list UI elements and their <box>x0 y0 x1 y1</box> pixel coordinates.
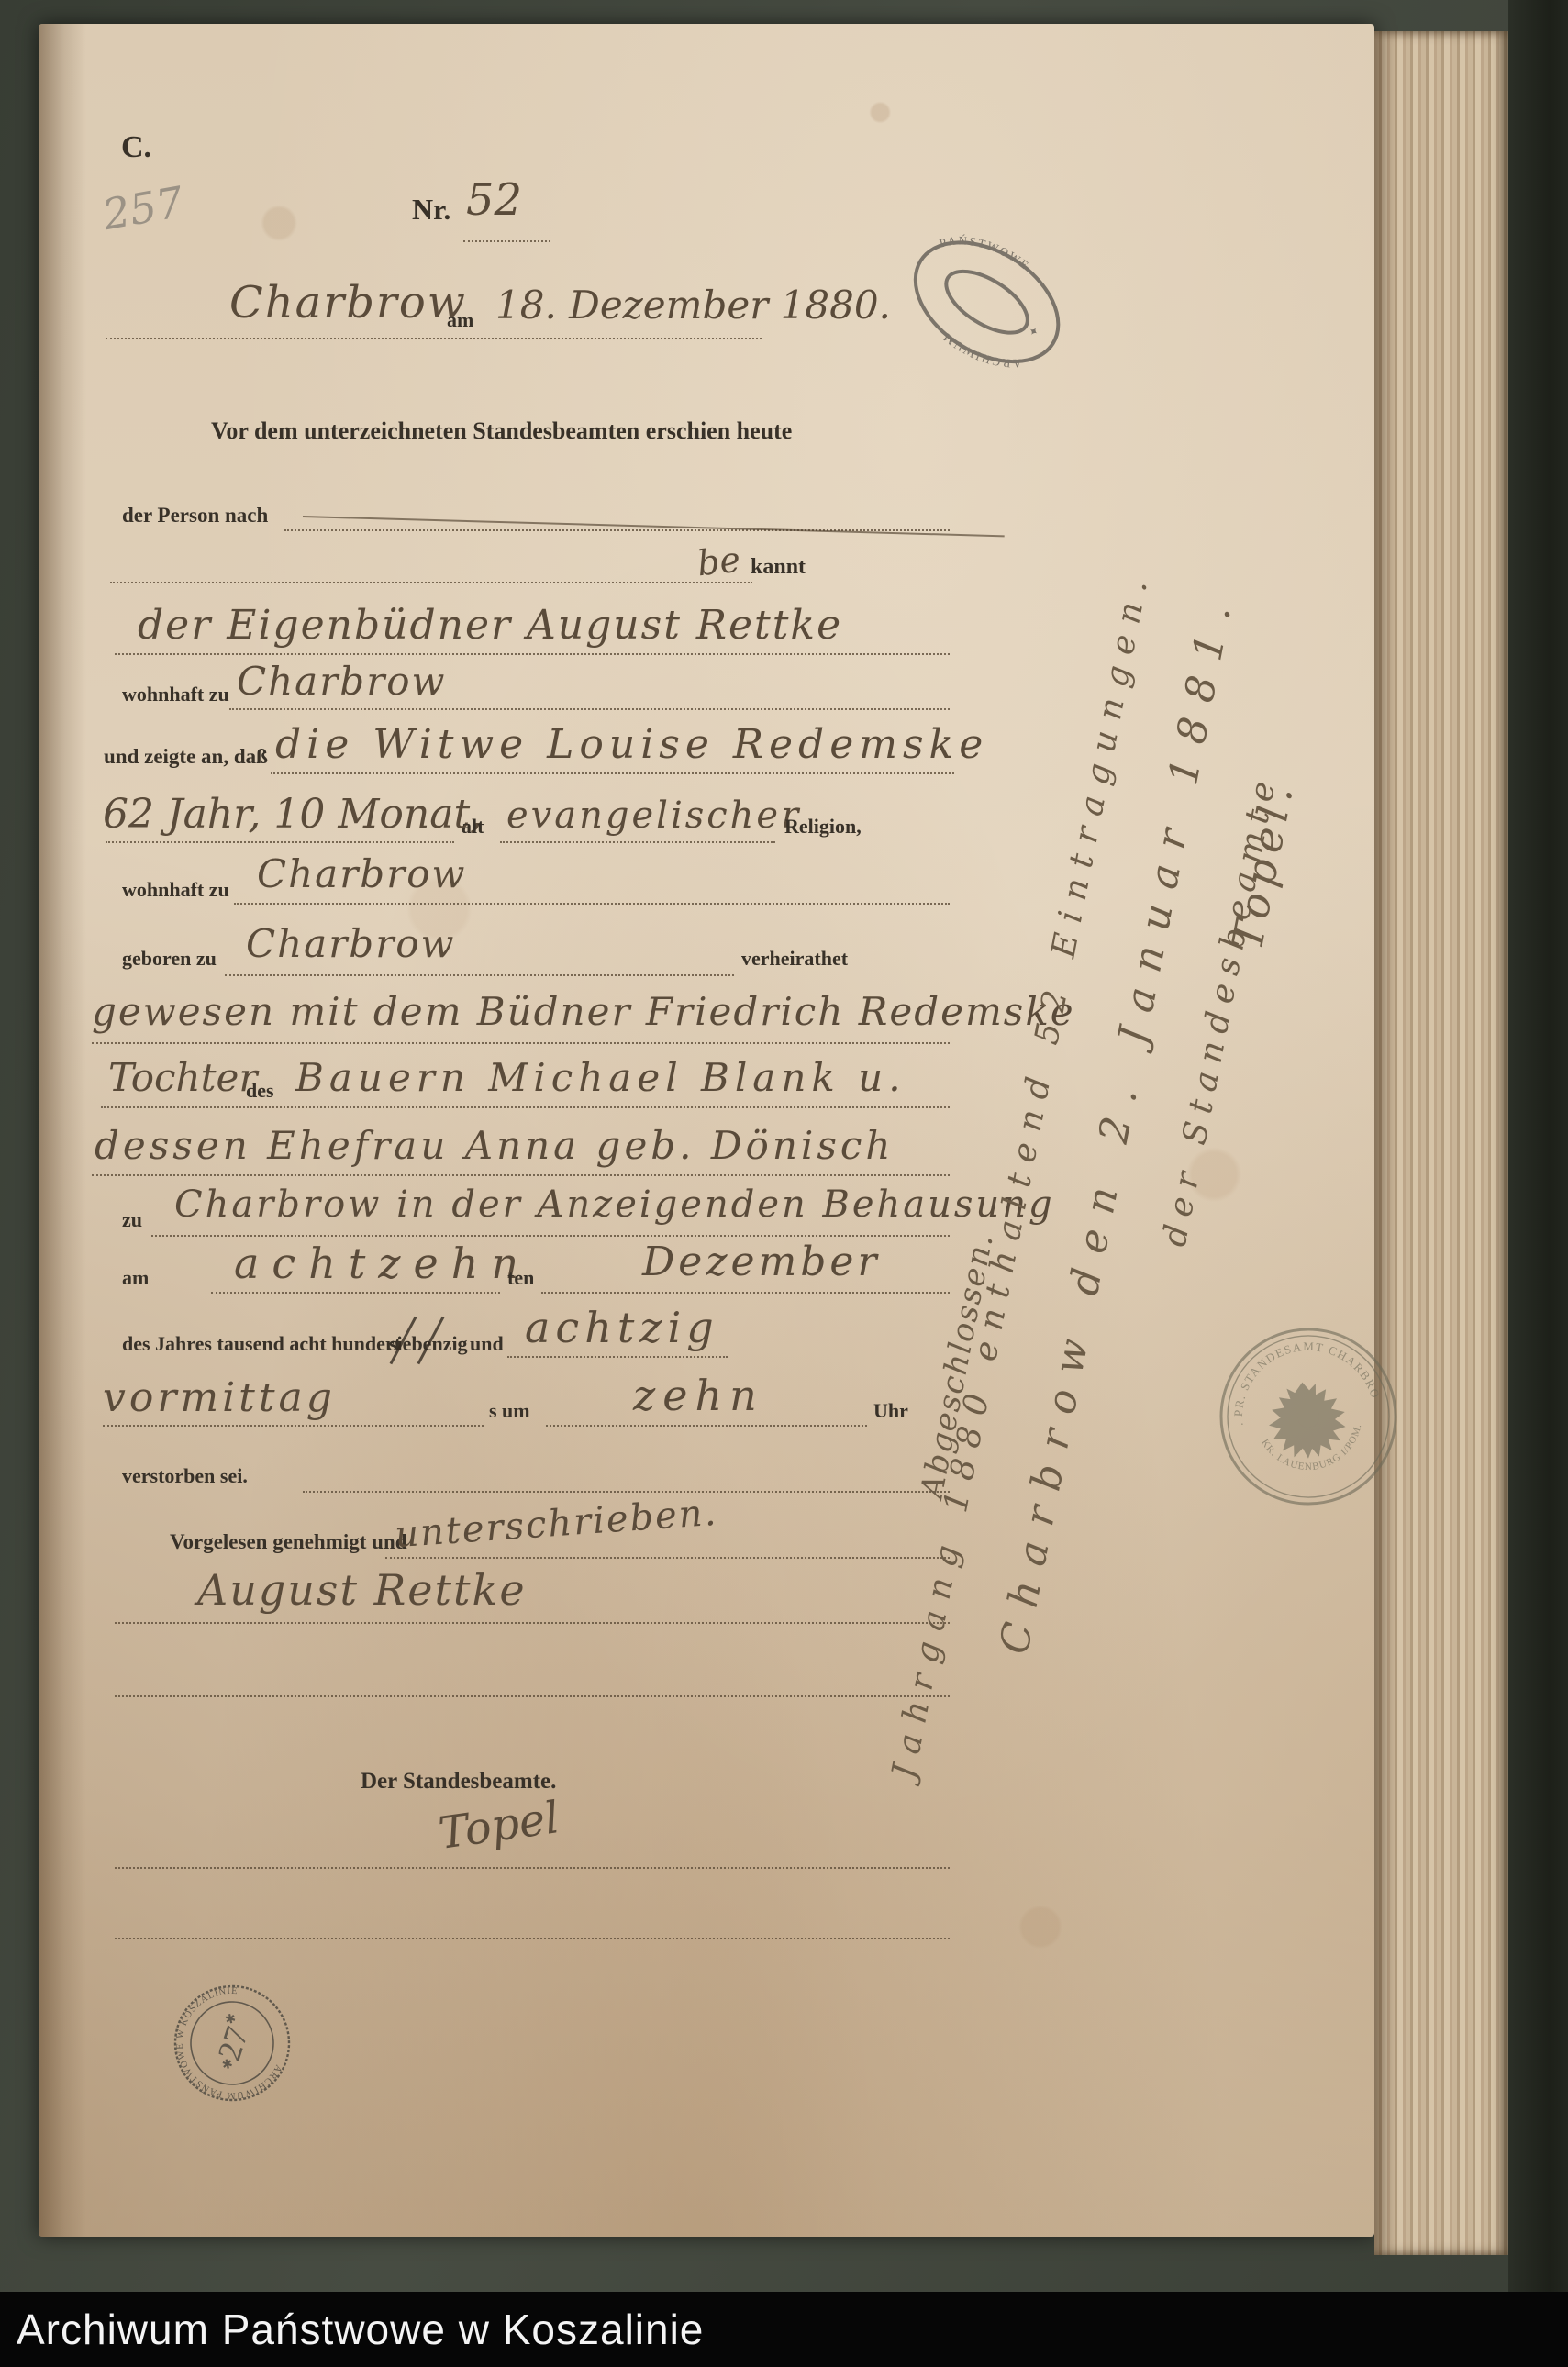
rule-line <box>92 1042 950 1044</box>
married-label: verheirathet <box>741 947 848 971</box>
day-label: am <box>122 1266 149 1290</box>
archive-name-label: Archiwum Państwowe w Koszalinie <box>17 2305 704 2354</box>
registrar-label: Der Standesbeamte. <box>361 1769 556 1795</box>
born-label: geboren zu <box>122 947 217 971</box>
rule-line <box>106 338 762 339</box>
rule-line <box>110 582 752 583</box>
record-number-label: Nr. <box>412 193 450 227</box>
known-handwritten: be <box>695 539 742 584</box>
reported-label: und zeigte an, daß <box>104 745 268 769</box>
declarant-entry: der Eigenbüdner August Rettke <box>138 602 842 649</box>
rule-line <box>507 1356 728 1358</box>
rule-line <box>115 1695 950 1697</box>
archive-scan-page: { "header": { "corner_mark": "C.", "penc… <box>0 0 1568 2367</box>
month-entry: Dezember <box>642 1239 881 1285</box>
rule-line <box>115 1622 950 1624</box>
death-place-entry: Charbrow in der Anzeigenden Behausung <box>174 1183 1055 1226</box>
year-printed: des Jahres tausend acht hundert <box>122 1332 401 1356</box>
rule-line <box>234 903 950 905</box>
born-entry: Charbrow <box>246 921 456 966</box>
date-label: am <box>447 308 473 332</box>
daytime-entry: vormittag <box>103 1374 336 1421</box>
rule-line <box>115 1938 950 1939</box>
year-conjunction: und <box>470 1332 504 1356</box>
religion-entry: evangelischer <box>506 795 801 837</box>
book-page-edges <box>1374 31 1508 2255</box>
intro-line: Vor dem unterzeichneten Standesbeamten e… <box>211 417 792 445</box>
rule-line <box>500 841 775 843</box>
book-cover-edge <box>1508 0 1568 2367</box>
hour-entry: zehn <box>633 1371 764 1420</box>
year-entry: achtzig <box>525 1303 719 1352</box>
rule-line <box>385 1557 950 1559</box>
parents-word: Tochter <box>108 1055 257 1100</box>
parents-entry: Bauern Michael Blank u. <box>295 1055 906 1100</box>
married-entry: gewesen mit dem Büdner Friedrich Redemsk… <box>92 989 1075 1034</box>
resident-entry: Charbrow <box>237 659 447 704</box>
known-printed: kannt <box>751 555 806 580</box>
resident-label: wohnhaft zu <box>122 683 229 706</box>
died-label: verstorben sei. <box>122 1464 248 1488</box>
rule-line <box>115 1867 950 1869</box>
corner-mark: C. <box>121 130 151 165</box>
koszalin-center-number: 27 <box>210 2022 255 2065</box>
date-entry: 18. Dezember 1880. <box>495 283 891 328</box>
mother-entry: dessen Ehefrau Anna geb. Dönisch <box>95 1123 894 1168</box>
death-place-label: zu <box>122 1208 142 1232</box>
age-entry: 62 Jahr, 10 Monat, <box>103 791 483 838</box>
rule-line <box>546 1425 867 1427</box>
daytime-suffix: s um <box>489 1399 530 1423</box>
deceased-entry: die Witwe Louise Redemske <box>275 721 988 768</box>
charbrow-seal-stamp: K. PR. STANDESAMT CHARBROW KR. LAUENBURG… <box>1202 1310 1415 1523</box>
resident2-label: wohnhaft zu <box>122 878 229 902</box>
rule-line <box>92 1174 950 1176</box>
rule-line <box>303 1491 950 1493</box>
rule-line <box>229 708 950 710</box>
rule-line <box>103 1425 484 1427</box>
day-entry: achtzehn <box>234 1239 531 1288</box>
record-number-value: 52 <box>466 174 522 226</box>
resident2-entry: Charbrow <box>257 851 467 896</box>
age-label: alt <box>462 815 484 839</box>
rule-line <box>211 1292 500 1294</box>
rule-line <box>115 653 950 655</box>
day-suffix: ten <box>507 1266 534 1290</box>
rule-line <box>271 772 954 774</box>
rule-line <box>101 1106 950 1108</box>
rule-line <box>106 841 454 843</box>
rule-line <box>463 240 550 242</box>
archive-footer-bar: Archiwum Państwowe w Koszalinie <box>0 2292 1568 2367</box>
closing-label: Vorgelesen genehmigt und <box>170 1530 407 1554</box>
rule-line <box>151 1235 950 1237</box>
rule-line <box>541 1292 950 1294</box>
hour-label: Uhr <box>873 1399 908 1423</box>
rule-line <box>225 974 734 976</box>
place-entry: Charbrow <box>229 277 467 328</box>
parents-label: des <box>246 1079 274 1103</box>
declarant-signature: August Rettke <box>197 1565 527 1615</box>
oval-stamp-star-icon: ✦ <box>1026 324 1043 339</box>
religion-label: Religion, <box>784 815 862 839</box>
person-nach-label: der Person nach <box>122 504 268 528</box>
